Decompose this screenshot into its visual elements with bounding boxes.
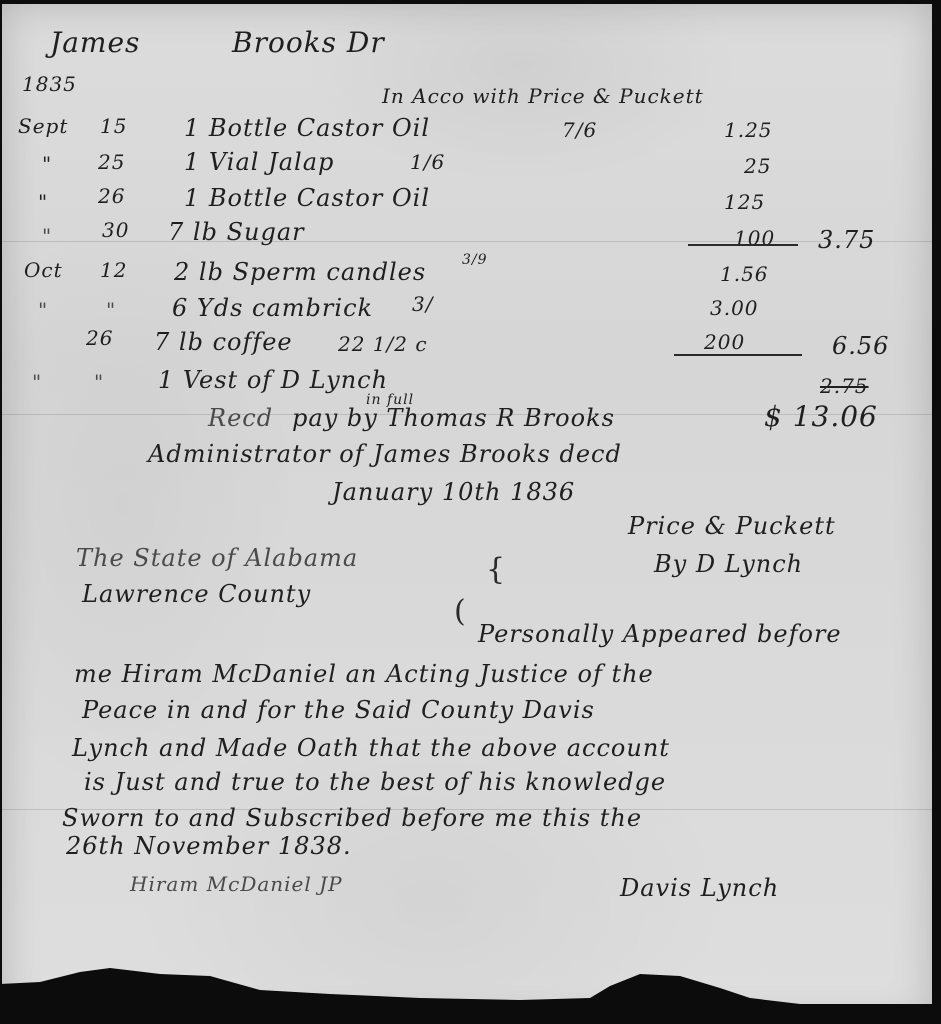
affiant-signature: Davis Lynch	[620, 874, 779, 902]
ledger-month: "	[38, 190, 48, 214]
firm-agent-signature: By D Lynch	[654, 550, 803, 578]
ledger-amount: 200	[704, 330, 745, 354]
account-holder-first-name: James	[50, 26, 140, 59]
receipt-total: $ 13.06	[764, 400, 878, 433]
ledger-day: "	[94, 370, 104, 394]
firm-signature: Price & Puckett	[628, 512, 836, 540]
receipt-date: January 10th 1836	[332, 478, 575, 506]
fold-line	[2, 241, 932, 242]
subtotal-rule	[674, 354, 802, 356]
ledger-rate: 3/9	[462, 252, 488, 268]
venue-county: Lawrence County	[82, 580, 311, 608]
ledger-amount: 100	[734, 226, 775, 250]
receipt-payer: pay by Thomas R Brooks	[292, 404, 615, 432]
ledger-amount: 1.25	[724, 118, 773, 142]
ledger-amount: 1.56	[720, 262, 769, 286]
affidavit-line: Peace in and for the Said County Davis	[82, 696, 595, 724]
ledger-subtotal: 2.75	[820, 374, 869, 398]
affidavit-line: Personally Appeared before	[478, 620, 842, 648]
ledger-item: 2 lb Sperm candles	[174, 258, 426, 286]
account-with-line: In Acco with Price & Puckett	[382, 84, 704, 108]
ledger-item: 1 Bottle Castor Oil	[184, 114, 430, 142]
venue-brace: (	[454, 594, 466, 629]
ledger-amount: 25	[744, 154, 771, 178]
ledger-month: Sept	[18, 114, 68, 138]
account-holder-last-name: Brooks Dr	[232, 26, 385, 59]
ledger-amount: 3.00	[710, 296, 759, 320]
affidavit-line: Lynch and Made Oath that the above accou…	[72, 734, 670, 762]
ledger-item: 7 lb Sugar	[168, 218, 305, 246]
receipt-prefix: Recd	[208, 404, 273, 432]
document-page: James Brooks Dr 1835 In Acco with Price …	[2, 4, 932, 1024]
ledger-item: 7 lb coffee	[154, 328, 293, 356]
ledger-subtotal: 3.75	[818, 226, 875, 254]
affidavit-line: me Hiram McDaniel an Acting Justice of t…	[74, 660, 654, 688]
ledger-month: "	[42, 152, 52, 176]
ledger-rate: 7/6	[562, 118, 597, 142]
ledger-day: 12	[100, 258, 127, 282]
ledger-year: 1835	[22, 72, 77, 96]
ledger-month: Oct	[24, 258, 63, 282]
ledger-item: 1 Vial Jalap	[184, 148, 334, 176]
ledger-rate: 1/6	[410, 150, 445, 174]
torn-page-edge	[0, 964, 941, 1024]
ledger-day: 15	[100, 114, 127, 138]
ledger-rate: 22 1/2 c	[338, 332, 428, 356]
venue-brace: {	[486, 552, 505, 587]
subtotal-rule	[688, 244, 798, 246]
ledger-amount: 125	[724, 190, 765, 214]
affidavit-line: is Just and true to the best of his know…	[84, 768, 666, 796]
receipt-administrator: Administrator of James Brooks decd	[148, 440, 622, 468]
ledger-rate: 3/	[412, 292, 433, 316]
ledger-month: "	[38, 298, 48, 322]
ledger-day: 25	[98, 150, 125, 174]
justice-signature: Hiram McDaniel JP	[130, 872, 343, 896]
ledger-month: "	[32, 370, 42, 394]
ledger-item: 6 Yds cambrick	[172, 294, 373, 322]
ledger-day: 26	[86, 326, 113, 350]
ledger-month: "	[42, 224, 52, 248]
venue-state: The State of Alabama	[76, 544, 358, 572]
affidavit-date: 26th November 1838.	[66, 832, 352, 860]
affidavit-line: Sworn to and Subscribed before me this t…	[62, 804, 642, 832]
ledger-item: 1 Bottle Castor Oil	[184, 184, 430, 212]
ledger-subtotal: 6.56	[832, 332, 889, 360]
ledger-day: "	[106, 298, 116, 322]
ledger-item: 1 Vest of D Lynch	[158, 366, 388, 394]
ledger-day: 26	[98, 184, 125, 208]
ledger-day: 30	[102, 218, 129, 242]
